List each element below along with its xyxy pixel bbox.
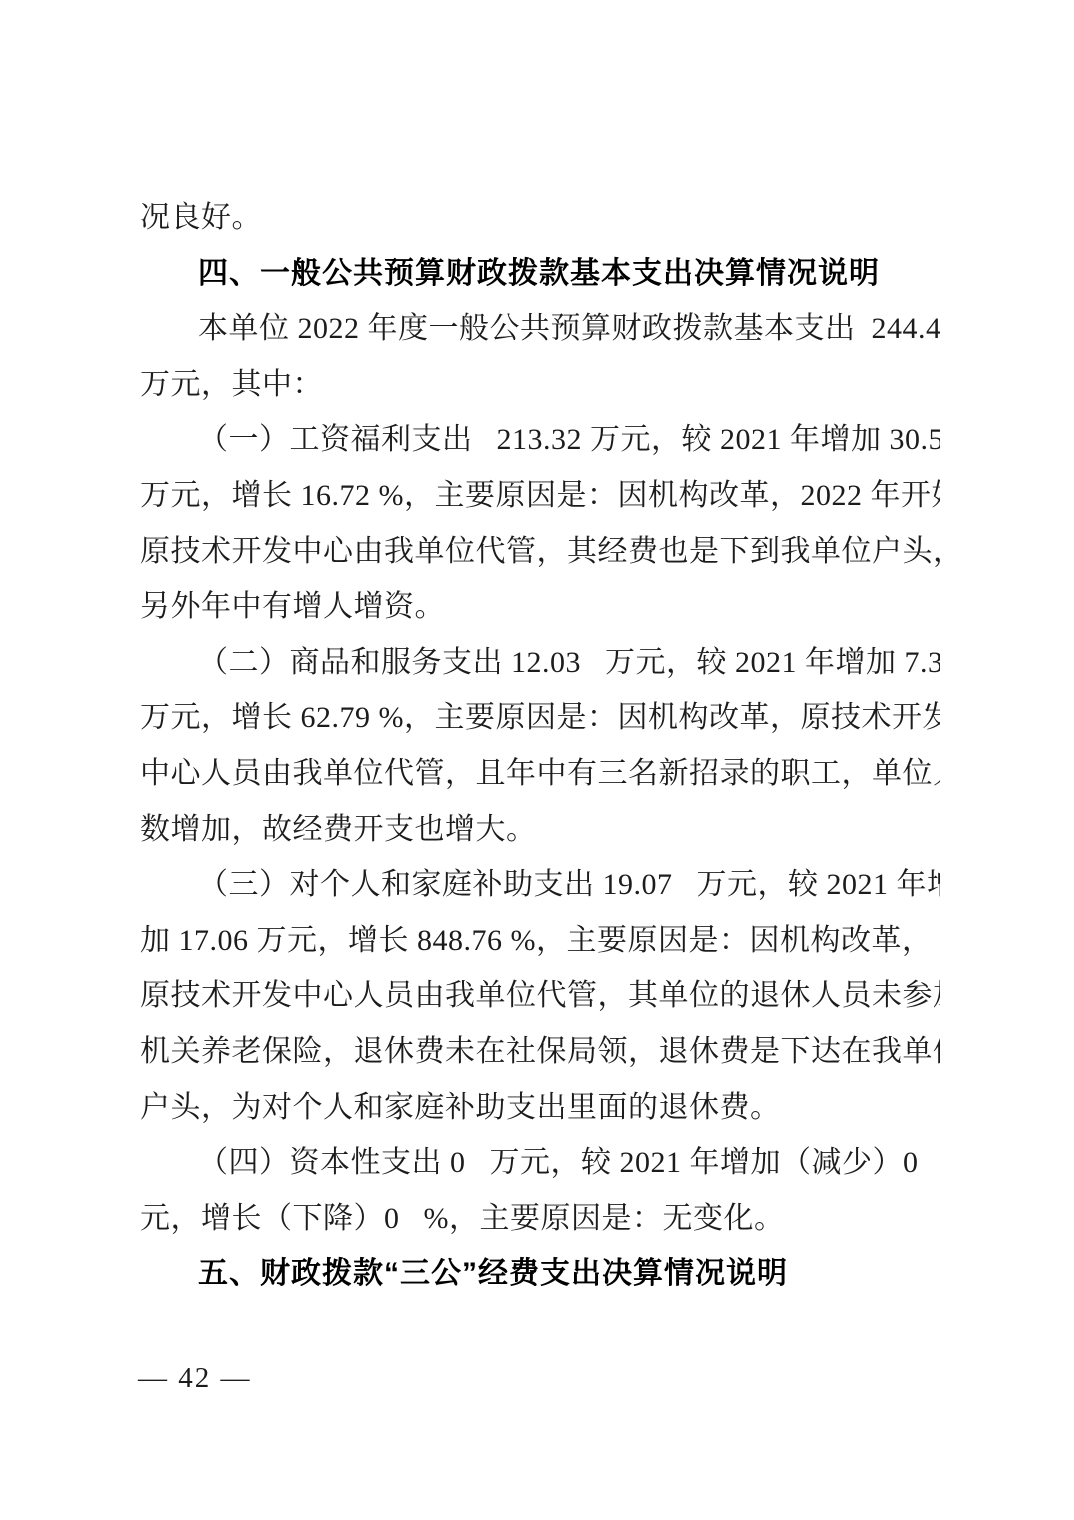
heading-line: 五、财政拨款“三公”经费支出决算情况说明	[140, 1246, 940, 1302]
heading-line: 四、一般公共预算财政拨款基本支出决算情况说明	[140, 246, 940, 302]
text-line: 中心人员由我单位代管，且年中有三名新招录的职工，单位人	[140, 746, 940, 802]
text-line: 另外年中有增人增资。	[140, 579, 940, 635]
document-page: 况良好。四、一般公共预算财政拨款基本支出决算情况说明本单位 2022 年度一般公…	[0, 0, 1074, 1520]
text-line: 加 17.06 万元，增长 848.76 %，主要原因是：因机构改革，	[140, 913, 940, 969]
text-line: 原技术开发中心人员由我单位代管，其单位的退休人员未参加	[140, 968, 940, 1024]
page-footer: — 42 —	[138, 1362, 252, 1394]
text-line: 数增加，故经费开支也增大。	[140, 802, 940, 858]
document-content: 况良好。四、一般公共预算财政拨款基本支出决算情况说明本单位 2022 年度一般公…	[140, 190, 940, 1302]
page-number: — 42 —	[138, 1362, 252, 1394]
text-line: 原技术开发中心由我单位代管，其经费也是下到我单位户头，	[140, 524, 940, 580]
text-line: 元，增长（下降）0 %，主要原因是：无变化。	[140, 1191, 940, 1247]
text-line: （四）资本性支出 0 万元，较 2021 年增加（减少）0 万	[140, 1135, 940, 1191]
text-line: 万元，增长 62.79 %，主要原因是：因机构改革，原技术开发	[140, 690, 940, 746]
text-line: （一）工资福利支出 213.32 万元，较 2021 年增加 30.56	[140, 412, 940, 468]
text-line: 万元，其中：	[140, 357, 940, 413]
text-line: 况良好。	[140, 190, 940, 246]
text-line: 本单位 2022 年度一般公共预算财政拨款基本支出 244.42	[140, 301, 940, 357]
text-line: （三）对个人和家庭补助支出 19.07 万元，较 2021 年增	[140, 857, 940, 913]
text-line: 万元，增长 16.72 %，主要原因是：因机构改革，2022 年开始，	[140, 468, 940, 524]
text-line: 户头，为对个人和家庭补助支出里面的退休费。	[140, 1080, 940, 1136]
text-line: （二）商品和服务支出 12.03 万元，较 2021 年增加 7.39	[140, 635, 940, 691]
text-line: 机关养老保险，退休费未在社保局领，退休费是下达在我单位	[140, 1024, 940, 1080]
